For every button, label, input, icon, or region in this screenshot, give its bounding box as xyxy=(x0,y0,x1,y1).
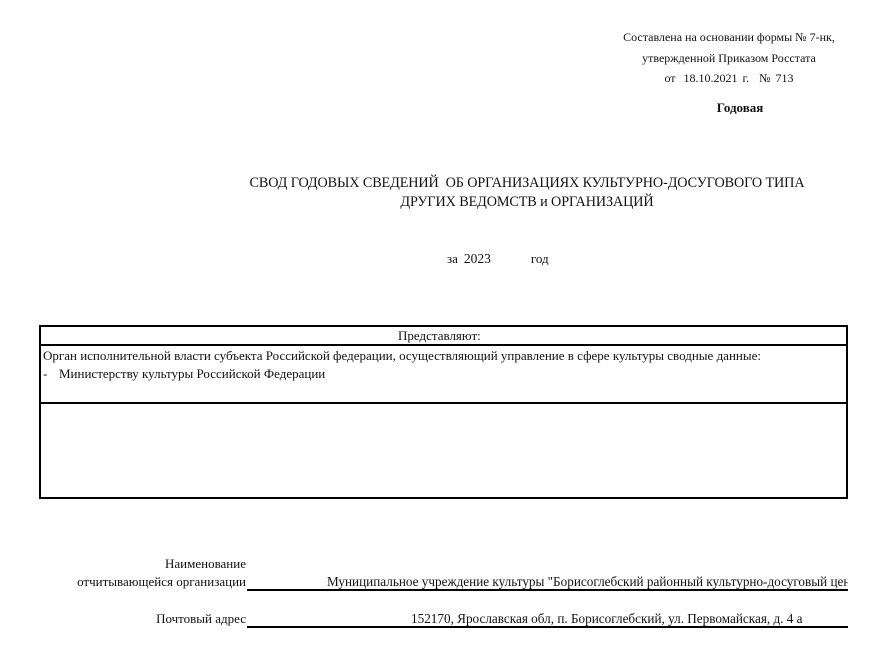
periodicity-label: Годовая xyxy=(600,100,880,116)
organization-name-label-line2: отчитывающейся организации xyxy=(30,573,246,591)
submitters-table: Представляют: Орган исполнительной власт… xyxy=(39,325,848,499)
form-reference-line1: Составлена на основании формы № 7-нк, xyxy=(600,27,858,48)
form-reference-line2: утвержденной Приказом Росстата xyxy=(600,48,858,69)
period-prefix: за xyxy=(447,251,458,266)
form-reference-date: 18.10.2021 г. xyxy=(684,71,750,85)
organization-name-label: Наименование отчитывающейся организации xyxy=(30,555,246,591)
submitters-header-label: Представляют: xyxy=(398,327,481,345)
period-unit: год xyxy=(531,251,549,266)
document-title-line2: ДРУГИХ ВЕДОМСТВ и ОРГАНИЗАЦИЙ xyxy=(160,193,891,212)
form-reference-number: № 713 xyxy=(759,71,793,85)
period-year: 2023 xyxy=(464,251,491,266)
document-title-line1: СВОД ГОДОВЫХ СВЕДЕНИЙ ОБ ОРГАНИЗАЦИЯХ КУ… xyxy=(160,174,891,193)
reporting-period: за2023год xyxy=(447,251,549,267)
submitters-recipient-cell: Орган исполнительной власти субъекта Рос… xyxy=(41,346,846,404)
organization-name-underline xyxy=(247,589,848,591)
postal-address-underline xyxy=(247,626,848,628)
form-reference: Составлена на основании формы № 7-нк, ут… xyxy=(600,27,858,89)
organization-name-label-line1: Наименование xyxy=(30,555,246,573)
form-reference-line3: от18.10.2021 г. № 713 xyxy=(600,68,858,89)
recipient-dash: - xyxy=(43,365,59,383)
document-title: СВОД ГОДОВЫХ СВЕДЕНИЙ ОБ ОРГАНИЗАЦИЯХ КУ… xyxy=(160,174,891,212)
recipient-entry: -Министерству культуры Российской Федера… xyxy=(43,365,846,383)
submitters-empty-cell xyxy=(41,406,846,497)
form-reference-prefix: от xyxy=(664,71,675,85)
submitters-header: Представляют: xyxy=(41,327,846,346)
recipient-name: Министерству культуры Российской Федерац… xyxy=(59,366,325,381)
postal-address-label: Почтовый адрес xyxy=(30,610,246,628)
recipient-description: Орган исполнительной власти субъекта Рос… xyxy=(43,347,823,365)
